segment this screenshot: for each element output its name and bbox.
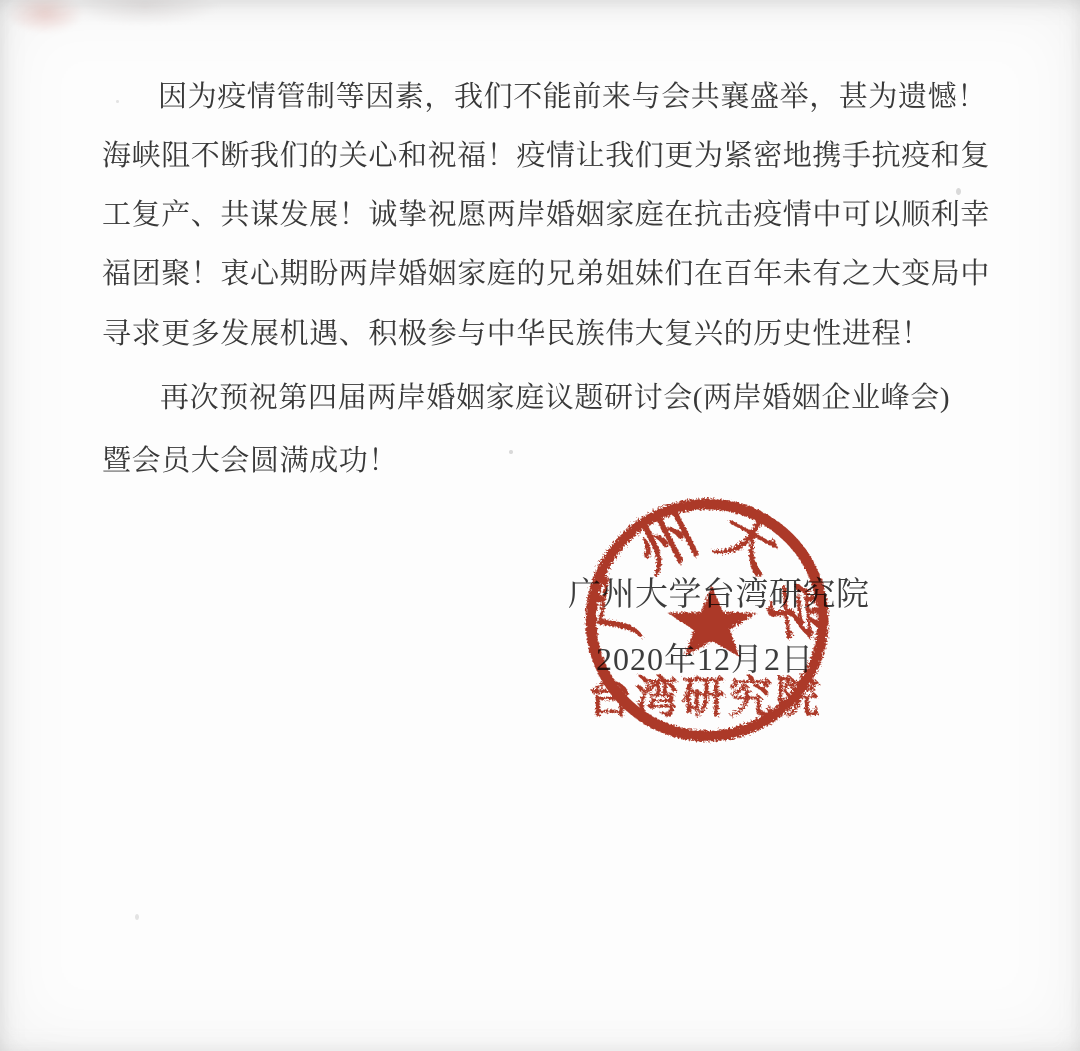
- scan-smudge-gray: [70, 0, 220, 26]
- body-line-5: 寻求更多发展机遇、积极参与中华民族伟大复兴的历史性进程！: [102, 317, 931, 351]
- scan-speck: [509, 450, 513, 454]
- star-icon: [667, 586, 756, 657]
- stamp-arc-char-2: 州: [627, 501, 708, 585]
- body-line-4: 福团聚！衷心期盼两岸婚姻家庭的兄弟姐妹们在百年未有之大变局中: [102, 257, 990, 291]
- stamp-arc-char-3: 大: [707, 502, 789, 587]
- body-line-7: 暨会员大会圆满成功！: [102, 444, 398, 478]
- stamp-arc-char-4: 学: [757, 580, 827, 643]
- body-line-3: 工复产、共谋发展！诚挚祝愿两岸婚姻家庭在抗击疫情中可以顺利幸: [102, 198, 990, 232]
- scan-speck: [116, 100, 119, 103]
- official-seal-stamp: 广 州 大 学 台湾研究院: [558, 468, 880, 780]
- scan-speck: [135, 914, 139, 920]
- body-line-1: 因为疫情管制等因素，我们不能前来与会共襄盛举，甚为遗憾！: [158, 80, 987, 114]
- stamp-arc-char-1: 广: [585, 572, 658, 639]
- body-line-6: 再次预祝第四届两岸婚姻家庭议题研讨会(两岸婚姻企业峰会): [160, 381, 950, 415]
- letter-page: 因为疫情管制等因素，我们不能前来与会共襄盛举，甚为遗憾！ 海峡阻不断我们的关心和…: [0, 0, 1080, 1051]
- stamp-bottom-text: 台湾研究院: [588, 673, 823, 722]
- scan-smudge-pink: [6, 0, 84, 34]
- body-line-2: 海峡阻不断我们的关心和祝福！疫情让我们更为紧密地携手抗疫和复: [102, 139, 990, 173]
- scan-speck: [956, 188, 961, 195]
